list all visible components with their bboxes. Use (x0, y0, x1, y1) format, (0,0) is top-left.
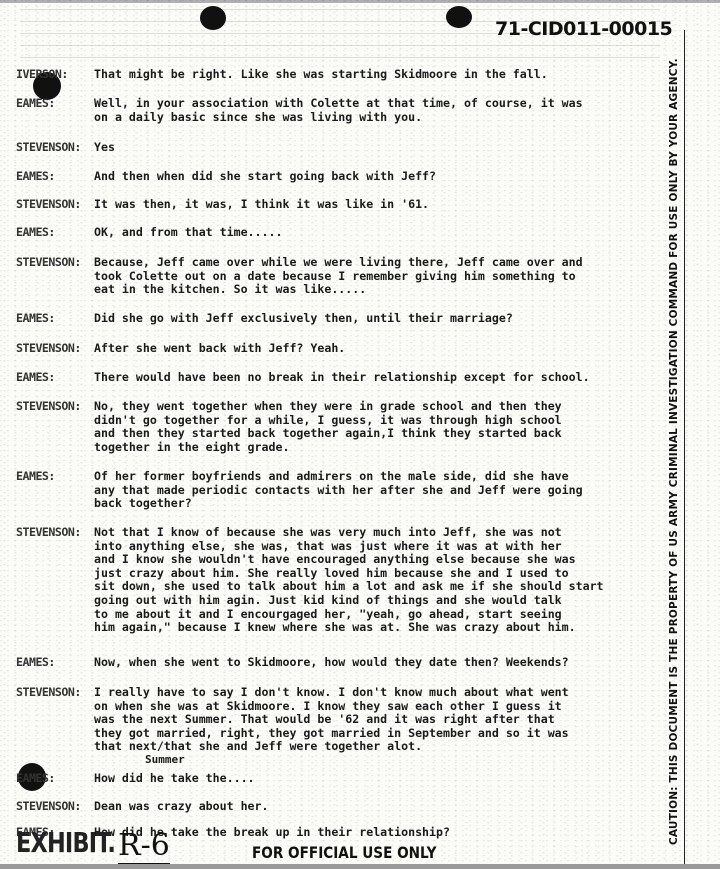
speaker-label: STEVENSON: (16, 141, 94, 155)
speech-text: Because, Jeff came over while we were li… (94, 256, 654, 297)
exhibit-number-text: R-6 (118, 828, 170, 865)
speaker-label: EAMES: (16, 170, 94, 184)
speech-text: Now, when she went to Skidmoore, how wou… (94, 656, 654, 670)
fouo-marking: FOR OFFICIAL USE ONLY (252, 843, 436, 862)
speaker-label: STEVENSON: (16, 198, 94, 212)
speaker-label: EAMES: (16, 226, 94, 240)
scan-edge-bottom (0, 864, 720, 869)
speech-text: No, they went together when they were in… (94, 400, 654, 454)
speech-text: How did he take the break up in their re… (94, 826, 654, 840)
speaker-label: EAMES: (16, 656, 94, 670)
speech-text: Did she go with Jeff exclusively then, u… (94, 312, 654, 326)
speech-text: How did he take the.... (94, 772, 654, 786)
speaker-label: STEVENSON: (16, 400, 94, 414)
speaker-label: EAMES: (16, 371, 94, 385)
punch-hole-icon (200, 6, 226, 30)
scan-edge-top (0, 0, 720, 3)
caution-side-caption: CAUTION: THIS DOCUMENT IS THE PROPERTY O… (668, 58, 680, 845)
exhibit-stamp: EXHIBIT. (16, 826, 115, 859)
speech-text: Yes (94, 141, 654, 155)
speaker-label: STEVENSON: (16, 256, 94, 270)
speech-text: I really have to say I don't know. I don… (94, 686, 654, 754)
punch-hole-icon (446, 6, 472, 28)
speech-text: OK, and from that time..... (94, 226, 654, 240)
speaker-label: STEVENSON: (16, 342, 94, 356)
speech-text: Not that I know of because she was very … (94, 526, 654, 635)
speech-text: After she went back with Jeff? Yeah. (94, 342, 654, 356)
scanned-page: 71-CID011-00015 IVERSON: That might be r… (0, 0, 720, 869)
speech-text: Of her former boyfriends and admirers on… (94, 470, 654, 511)
speech-text: Well, in your association with Colette a… (94, 97, 654, 124)
speaker-label: STEVENSON: (16, 526, 94, 540)
speaker-label: STEVENSON: (16, 800, 94, 814)
speech-text: That might be right. Like she was starti… (94, 68, 654, 82)
speaker-label: IVERSON: (16, 68, 94, 82)
speaker-label: EAMES: (16, 470, 94, 484)
handwritten-annotation: Summer (145, 753, 185, 766)
speech-text: There would have been no break in their … (94, 371, 654, 385)
speaker-label: EAMES: (16, 97, 94, 111)
speech-text: It was then, it was, I think it was like… (94, 198, 654, 212)
document-id-stamp: 71-CID011-00015 (495, 18, 672, 40)
speaker-label: EAMES: (16, 772, 94, 786)
speaker-label: STEVENSON: (16, 686, 94, 700)
speech-text: And then when did she start going back w… (94, 170, 654, 184)
exhibit-number: R-6 (118, 828, 170, 863)
side-margin-strip (684, 30, 720, 869)
speaker-label: EAMES: (16, 312, 94, 326)
speech-text: Dean was crazy about her. (94, 800, 654, 814)
